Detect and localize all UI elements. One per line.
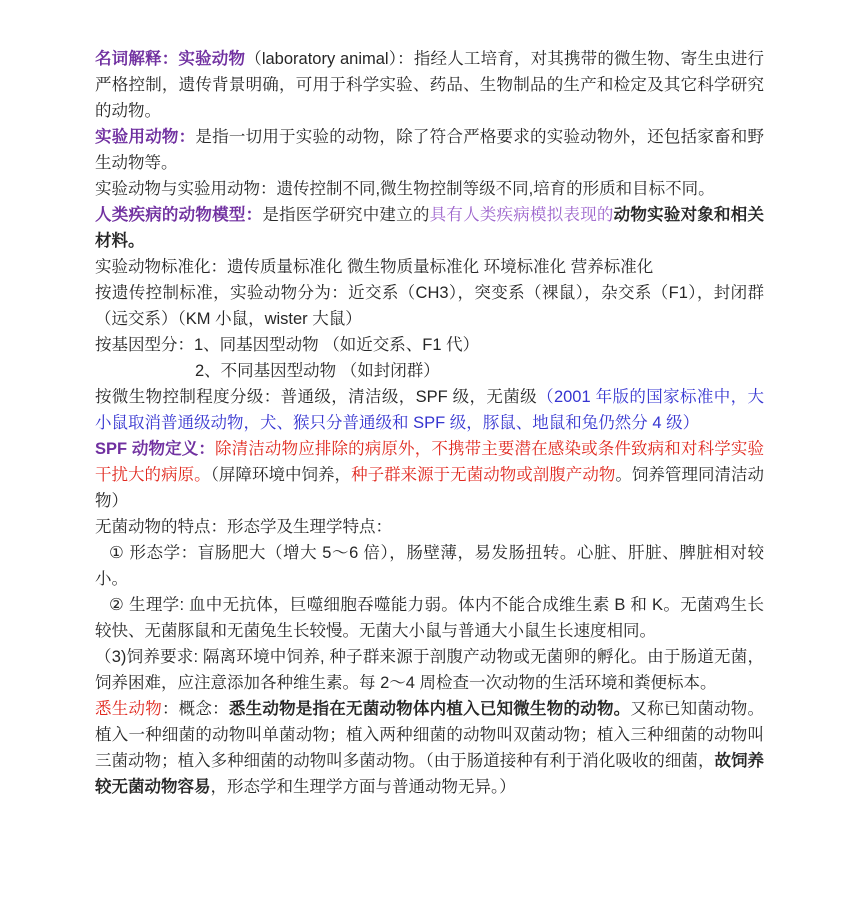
term-heading-lab-animal: 名词解释：实验动物 — [95, 50, 245, 68]
text-segment: ，形态学和生理学方面与普通动物无异。） — [211, 778, 516, 796]
genetic-control-classification: 按遗传控制标准，实验动物分为：近交系（CH3），突变系（裸鼠），杂交系（F1），… — [95, 280, 764, 332]
text-segment: ① 形态学：盲肠肥大（增大 5～6 倍），肠壁薄，易发肠扭转。心脏、肝脏、脾脏相… — [95, 544, 764, 588]
germ-free-morphology: ① 形态学：盲肠肥大（增大 5～6 倍），肠壁薄，易发肠扭转。心脏、肝脏、脾脏相… — [95, 540, 764, 592]
def-laboratory-animal: 名词解释：实验动物（laboratory animal）：指经人工培育，对其携带… — [95, 46, 764, 124]
text-segment: ：概念： — [162, 700, 229, 718]
spf-animal-definition: SPF 动物定义：除清洁动物应排除的病原外，不携带主要潜在感染或条件致病和对科学… — [95, 436, 764, 514]
text-segment: 按基因型分：1、同基因型动物 （如近交系、F1 代） — [95, 336, 479, 354]
text-segment: 按微生物控制程度分级：普通级，清洁级，SPF 级，无菌级 — [95, 388, 537, 406]
text-segment: 2、不同基因型动物 （如封闭群） — [195, 362, 440, 380]
text-segment-definition: 悉生动物是指在无菌动物体内植入已知微生物的动物。 — [229, 700, 631, 718]
text-segment: ② 生理学: 血中无抗体，巨噬细胞吞噬能力弱。体内不能合成维生素 B 和 K。无… — [95, 596, 764, 640]
gnotobiotic-animal-definition: 悉生动物：概念：悉生动物是指在无菌动物体内植入已知微生物的动物。又称已知菌动物。… — [95, 696, 764, 800]
text-segment: 按遗传控制标准，实验动物分为：近交系（CH3），突变系（裸鼠），杂交系（F1），… — [95, 284, 764, 328]
text-segment: （屏障环境中饲养， — [211, 466, 351, 484]
text-segment-source: 种子群来源于无菌动物或剖腹产动物 — [351, 466, 615, 484]
genotype-classification-item-2: 2、不同基因型动物 （如封闭群） — [95, 358, 764, 384]
text-segment-highlight: 具有人类疾病模拟表现的 — [430, 206, 614, 224]
term-heading-spf: SPF 动物定义： — [95, 440, 215, 458]
germ-free-physiology: ② 生理学: 血中无抗体，巨噬细胞吞噬能力弱。体内不能合成维生素 B 和 K。无… — [95, 592, 764, 644]
document-page: 名词解释：实验动物（laboratory animal）：指经人工培育，对其携带… — [0, 0, 852, 909]
lab-animal-standardization: 实验动物标准化：遗传质量标准化 微生物质量标准化 环境标准化 营养标准化 — [95, 254, 764, 280]
def-human-disease-animal-model: 人类疾病的动物模型：是指医学研究中建立的具有人类疾病模拟表现的动物实验对象和相关… — [95, 202, 764, 254]
text-segment: （3)饲养要求: 隔离环境中饲养, 种子群来源于剖腹产动物或无菌卵的孵化。由于肠… — [95, 648, 764, 692]
germ-free-husbandry: （3)饲养要求: 隔离环境中饲养, 种子群来源于剖腹产动物或无菌卵的孵化。由于肠… — [95, 644, 764, 696]
microbial-control-classification: 按微生物控制程度分级：普通级，清洁级，SPF 级，无菌级（2001 年版的国家标… — [95, 384, 764, 436]
text-segment: 无菌动物的特点：形态学及生理学特点： — [95, 518, 392, 536]
text-segment: 实验动物标准化：遗传质量标准化 微生物质量标准化 环境标准化 营养标准化 — [95, 258, 653, 276]
def-experimental-use-animal: 实验用动物：是指一切用于实验的动物，除了符合严格要求的实验动物外，还包括家畜和野… — [95, 124, 764, 176]
genotype-classification-item-1: 按基因型分：1、同基因型动物 （如近交系、F1 代） — [95, 332, 764, 358]
comparison-lab-vs-experimental-animal: 实验动物与实验用动物：遗传控制不同,微生物控制等级不同,培育的形质和目标不同。 — [95, 176, 764, 202]
term-heading-gnotobiotic: 悉生动物 — [95, 700, 162, 718]
term-heading-experimental-use-animal: 实验用动物： — [95, 128, 195, 146]
term-heading-disease-model: 人类疾病的动物模型： — [95, 206, 262, 224]
germ-free-animal-traits-heading: 无菌动物的特点：形态学及生理学特点： — [95, 514, 764, 540]
text-segment: 实验动物与实验用动物：遗传控制不同,微生物控制等级不同,培育的形质和目标不同。 — [95, 180, 715, 198]
text-segment: 是指一切用于实验的动物，除了符合严格要求的实验动物外，还包括家畜和野生动物等。 — [95, 128, 764, 172]
text-segment: 是指医学研究中建立的 — [262, 206, 429, 224]
